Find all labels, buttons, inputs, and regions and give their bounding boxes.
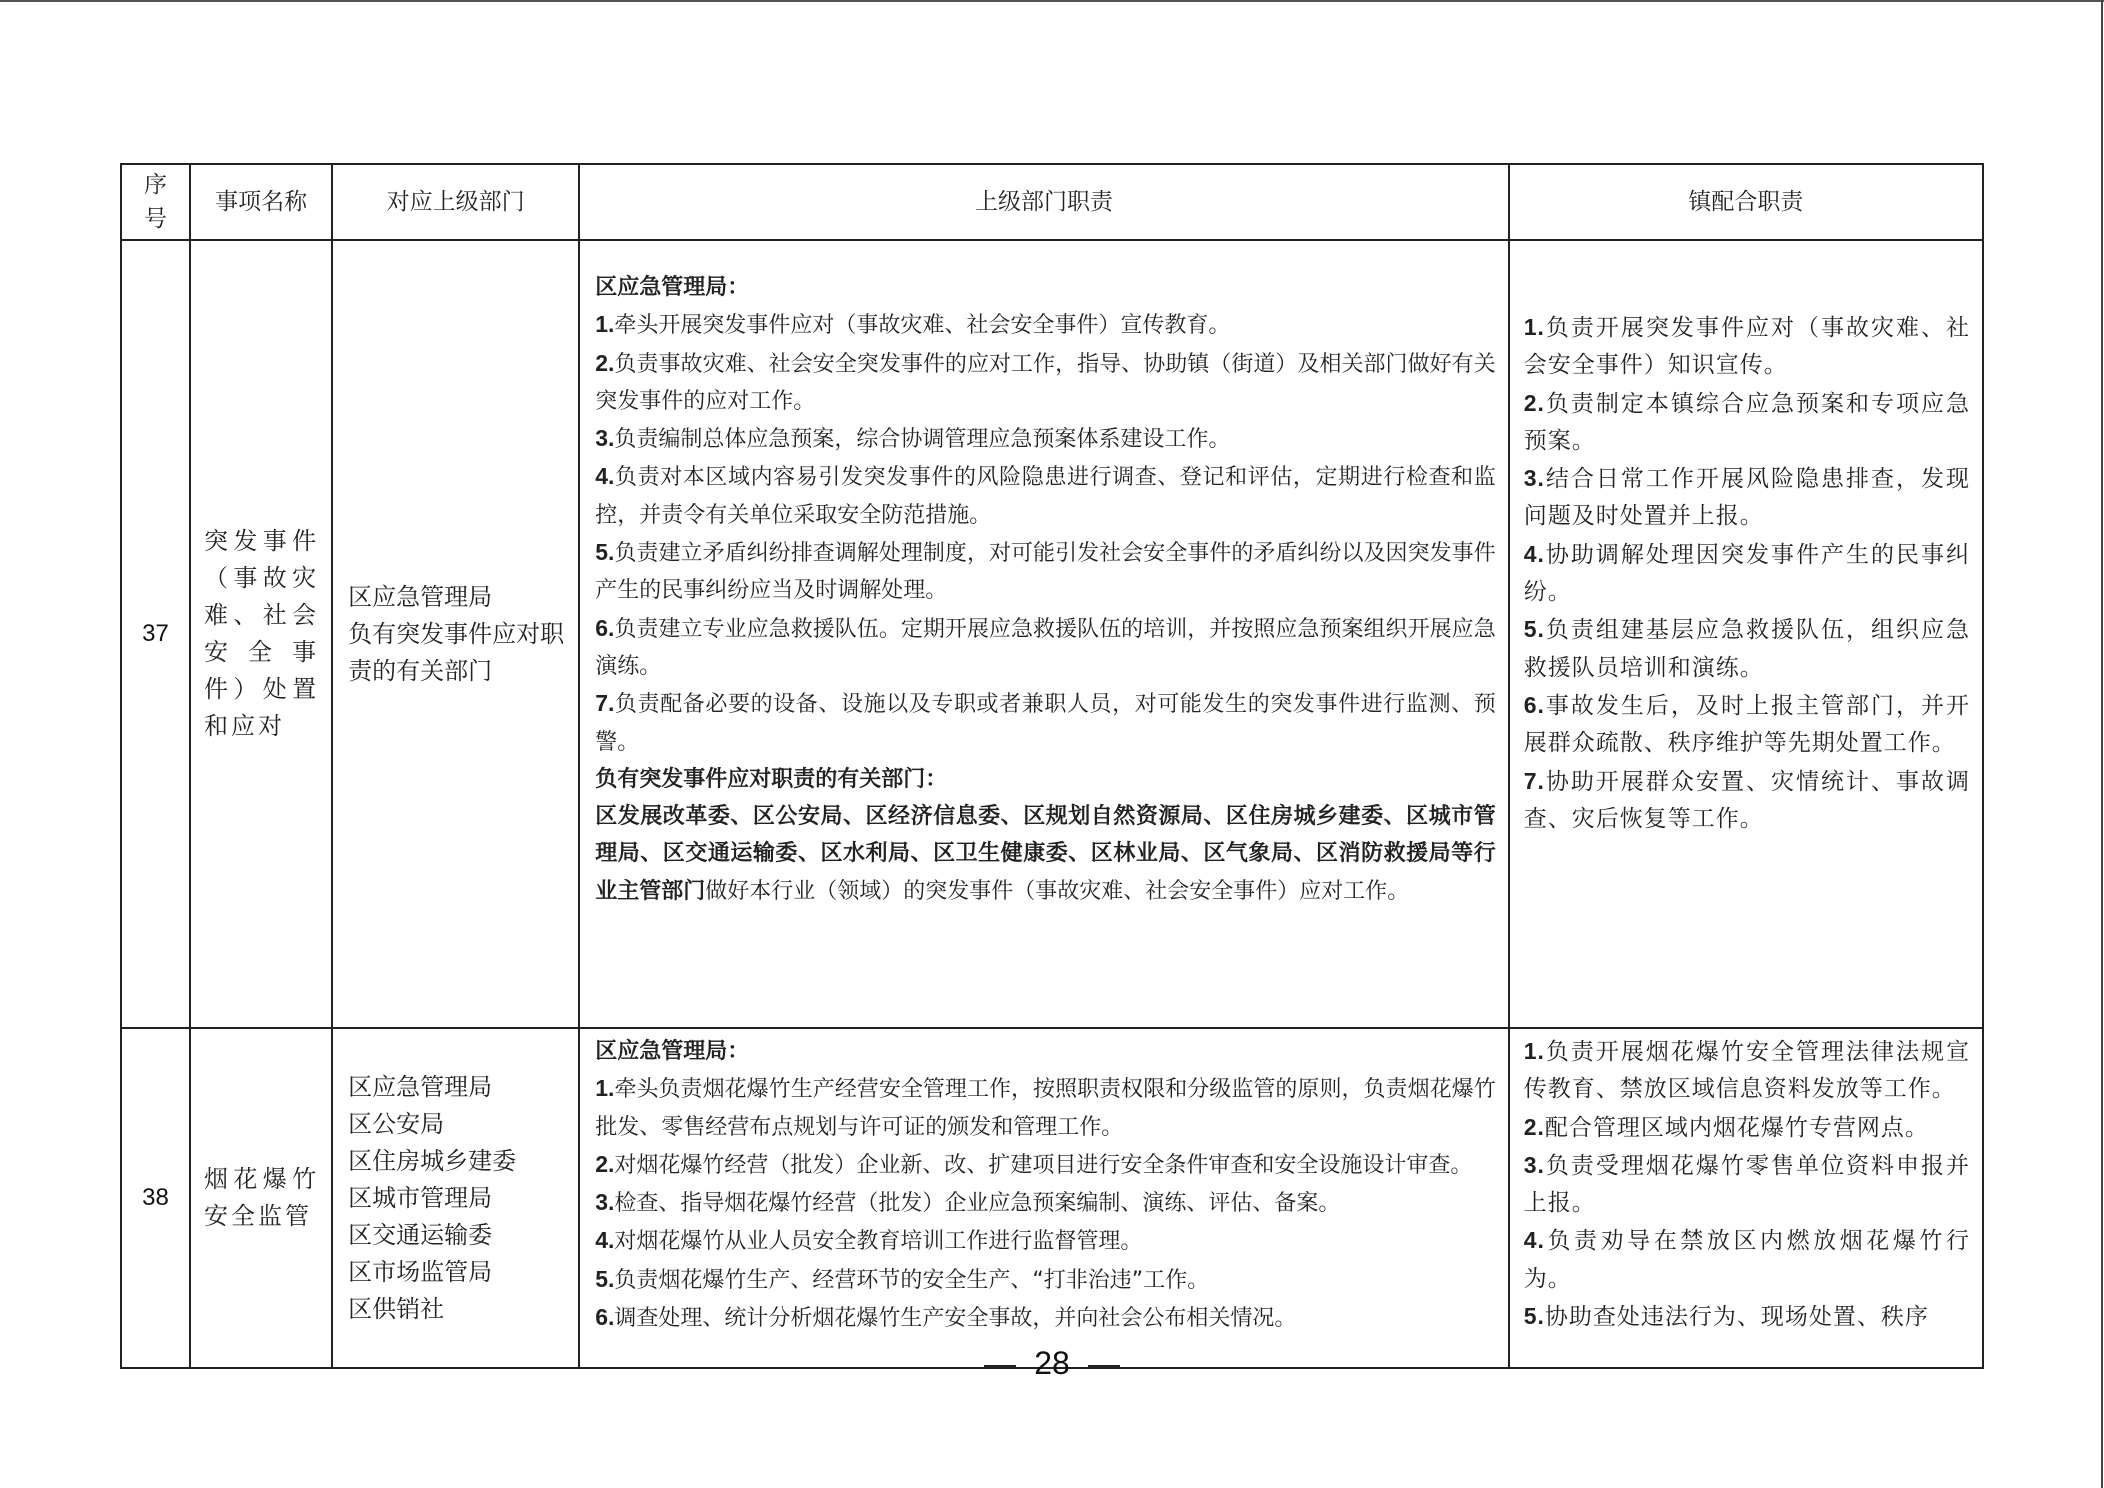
duty-item: 7.协助开展群众安置、灾情统计、事故调查、灾后恢复等工作。 (1524, 763, 1970, 839)
duty-item: 6.调查处理、统计分析烟花爆竹生产安全事故，并向社会公布相关情况。 (595, 1299, 1495, 1337)
duty-table: 序号 事项名称 对应上级部门 上级部门职责 镇配合职责 37 突发事件（事故灾难… (120, 163, 1984, 1369)
duty-item: 5.协助查处违法行为、现场处置、秩序 (1524, 1298, 1970, 1336)
department-name: 区公安局 (348, 1106, 568, 1143)
upper-departments: 区应急管理局 负有突发事件应对职责的有关部门 (332, 240, 579, 1028)
duty-item: 4.对烟花爆竹从业人员安全教育培训工作进行监督管理。 (595, 1222, 1495, 1260)
duty-item: 5.负责组建基层应急救援队伍，组织应急救援队员培训和演练。 (1524, 611, 1970, 687)
duty-item: 3.负责编制总体应急预案，综合协调管理应急预案体系建设工作。 (595, 420, 1495, 458)
duty-item: 6.负责建立专业应急救援队伍。定期开展应急救援队伍的培训，并按照应急预案组织开展… (595, 610, 1495, 686)
department-name: 区应急管理局 (348, 579, 568, 616)
department-name: 区供销社 (348, 1291, 568, 1328)
item-name: 烟花爆竹安全监管 (190, 1028, 332, 1368)
duty-item: 2.配合管理区域内烟花爆竹专营网点。 (1524, 1109, 1970, 1147)
page-number-text: 28 (1034, 1345, 1070, 1381)
item-name: 突发事件（事故灾难、社会安全事件）处置和应对 (190, 240, 332, 1028)
duty-item: 1.牵头开展突发事件应对（事故灾难、社会安全事件）宣传教育。 (595, 306, 1495, 344)
duty-item: 1.负责开展烟花爆竹安全管理法律法规宣传教育、禁放区域信息资料发放等工作。 (1524, 1033, 1970, 1109)
dash-left (984, 1365, 1016, 1367)
duty-heading: 区应急管理局： (595, 1033, 1495, 1070)
row-number: 37 (121, 240, 190, 1028)
header-no: 序号 (121, 164, 190, 240)
duty-item: 2.对烟花爆竹经营（批发）企业新、改、扩建项目进行安全条件审查和安全设施设计审查… (595, 1146, 1495, 1184)
page-right-border (2101, 0, 2103, 1488)
table-row: 38 烟花爆竹安全监管 区应急管理局 区公安局 区住房城乡建委 区城市管理局 区… (121, 1028, 1983, 1368)
upper-departments: 区应急管理局 区公安局 区住房城乡建委 区城市管理局 区交通运输委 区市场监管局… (332, 1028, 579, 1368)
upper-duties: 区应急管理局： 1.牵头负责烟花爆竹生产经营安全管理工作，按照职责权限和分级监管… (579, 1028, 1508, 1368)
town-duties: 1.负责开展突发事件应对（事故灾难、社会安全事件）知识宣传。 2.负责制定本镇综… (1509, 240, 1983, 1028)
duty-item: 4.负责劝导在禁放区内燃放烟花爆竹行为。 (1524, 1222, 1970, 1298)
town-duties: 1.负责开展烟花爆竹安全管理法律法规宣传教育、禁放区域信息资料发放等工作。 2.… (1509, 1028, 1983, 1368)
duty-heading: 区应急管理局： (595, 269, 1495, 306)
duty-item: 6.事故发生后，及时上报主管部门，并开展群众疏散、秩序维护等先期处置工作。 (1524, 687, 1970, 763)
department-name: 区住房城乡建委 (348, 1143, 568, 1180)
duty-item: 1.负责开展突发事件应对（事故灾难、社会安全事件）知识宣传。 (1524, 309, 1970, 385)
header-town-duties: 镇配合职责 (1509, 164, 1983, 240)
page-number: 28 (0, 1345, 2104, 1382)
department-name: 区应急管理局 (348, 1069, 568, 1106)
department-name: 区城市管理局 (348, 1180, 568, 1217)
duty-item: 3.负责受理烟花爆竹零售单位资料申报并上报。 (1524, 1147, 1970, 1223)
duty-item: 7.负责配备必要的设备、设施以及专职或者兼职人员，对可能发生的突发事件进行监测、… (595, 685, 1495, 761)
upper-duties: 区应急管理局： 1.牵头开展突发事件应对（事故灾难、社会安全事件）宣传教育。 2… (579, 240, 1508, 1028)
duty-paragraph: 区发展改革委、区公安局、区经济信息委、区规划自然资源局、区住房城乡建委、区城市管… (595, 798, 1495, 910)
department-name: 区市场监管局 (348, 1254, 568, 1291)
department-name: 区交通运输委 (348, 1217, 568, 1254)
dash-right (1088, 1365, 1120, 1367)
header-upper-duties: 上级部门职责 (579, 164, 1508, 240)
duty-item: 1.牵头负责烟花爆竹生产经营安全管理工作，按照职责权限和分级监管的原则，负责烟花… (595, 1070, 1495, 1146)
duty-item: 3.检查、指导烟花爆竹经营（批发）企业应急预案编制、演练、评估、备案。 (595, 1184, 1495, 1222)
duty-item: 4.协助调解处理因突发事件产生的民事纠纷。 (1524, 536, 1970, 612)
duty-item: 5.负责烟花爆竹生产、经营环节的安全生产、“打非治违”工作。 (595, 1261, 1495, 1299)
department-name: 负有突发事件应对职责的有关部门 (348, 616, 568, 690)
duty-item: 5.负责建立矛盾纠纷排查调解处理制度，对可能引发社会安全事件的矛盾纠纷以及因突发… (595, 534, 1495, 610)
header-item-name: 事项名称 (190, 164, 332, 240)
table-header-row: 序号 事项名称 对应上级部门 上级部门职责 镇配合职责 (121, 164, 1983, 240)
duty-item: 2.负责制定本镇综合应急预案和专项应急预案。 (1524, 385, 1970, 461)
duty-item: 4.负责对本区域内容易引发突发事件的风险隐患进行调查、登记和评估，定期进行检查和… (595, 458, 1495, 534)
row-number: 38 (121, 1028, 190, 1368)
duty-item: 2.负责事故灾难、社会安全突发事件的应对工作，指导、协助镇（街道）及相关部门做好… (595, 345, 1495, 421)
table-row: 37 突发事件（事故灾难、社会安全事件）处置和应对 区应急管理局 负有突发事件应… (121, 240, 1983, 1028)
header-upper-department: 对应上级部门 (332, 164, 579, 240)
duty-item: 3.结合日常工作开展风险隐患排查，发现问题及时处置并上报。 (1524, 460, 1970, 536)
duty-heading: 负有突发事件应对职责的有关部门： (595, 761, 1495, 798)
page-top-border (0, 0, 2104, 2)
